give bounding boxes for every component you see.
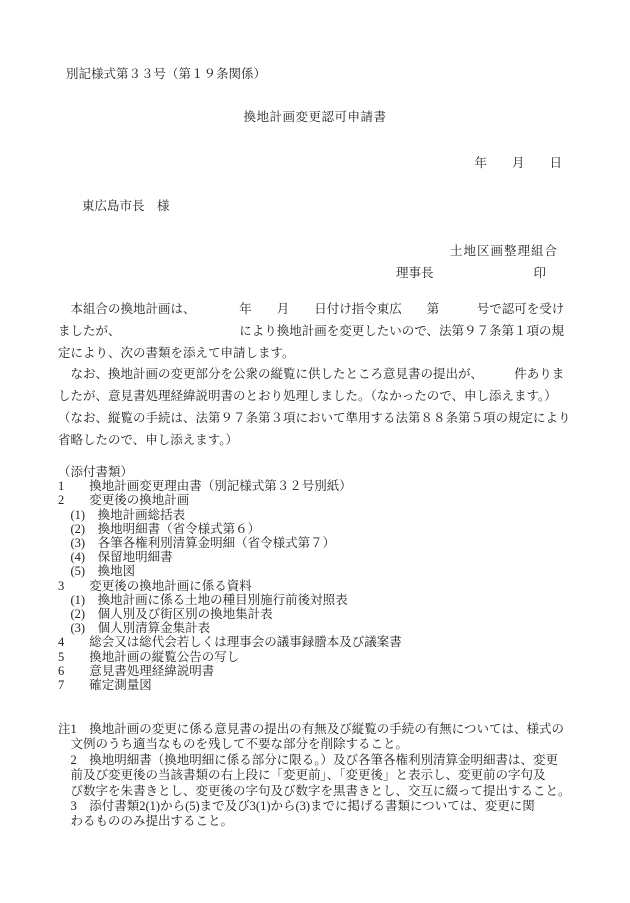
application-body: 本組合の換地計画は、 年 月 日付け指令東広 第 号で認可を受け ましたが、 に…	[58, 299, 598, 452]
attachment-item: 1 換地計画変更理由書（別記様式第３２号別紙）	[58, 479, 598, 493]
body-line: （なお、縦覧の手続は、法第９７条第３項において準用する法第８８条第５項の規定によ…	[58, 408, 598, 430]
document-page: 別記様式第３３号（第１９条関係） 換地計画変更認可申請書 年 月 日 東広島市長…	[0, 0, 630, 903]
notes-section: 注1 換地計画の変更に係る意見書の提出の有無及び縦覧の手続の有無については、様式…	[58, 722, 598, 830]
attachment-item: 6 意見書処理経緯説明書	[58, 664, 598, 678]
note-line: 2 換地明細書（換地明細に係る部分に限る。）及び各筆各権利別清算金明細書は、変更	[58, 753, 598, 768]
body-line: なお、換地計画の変更部分を公衆の縦覧に供したところ意見書の提出が、 件ありま	[58, 364, 598, 386]
attachment-subitem: (4) 保留地明細書	[58, 550, 598, 564]
body-line: 定により、次の書類を添えて申請します。	[58, 343, 598, 365]
body-line: ましたが、 により換地計画を変更したいので、法第９７条第１項の規	[58, 321, 598, 343]
body-line: 省略したので、申し添えます。）	[58, 430, 598, 452]
attachment-subitem: (3) 各筆各権利別清算金明細（省令様式第７）	[58, 536, 598, 550]
note-line: わるもののみ提出すること。	[58, 814, 598, 829]
president-seal-line: 理事長 印	[396, 263, 546, 281]
attachment-item: 7 確定測量図	[58, 678, 598, 692]
attachment-item: 3 変更後の換地計画に係る資料	[58, 579, 598, 593]
attachment-subitem: (5) 換地図	[58, 564, 598, 578]
note-line: び数字を朱書きとし、変更後の字句及び数字を黒書きとし、交互に綴って提出すること。	[58, 784, 598, 799]
attachment-subitem: (1) 換地計画に係る土地の種目別施行前後対照表	[58, 593, 598, 607]
attachments-list: （添付書類） 1 換地計画変更理由書（別記様式第３２号別紙） 2 変更後の換地計…	[58, 465, 598, 692]
note-line: 文例のうち適当なものを残して不要な部分を削除すること。	[58, 737, 598, 752]
body-line: したが、意見書処理経緯説明書のとおり処理しました。（なかったので、申し添えます。…	[58, 386, 598, 408]
attachment-item: 5 換地計画の縦覧公告の写し	[58, 650, 598, 664]
attachment-subitem: (1) 換地計画総括表	[58, 508, 598, 522]
attachment-subitem: (2) 個人別及び街区別の換地集計表	[58, 607, 598, 621]
attachments-heading: （添付書類）	[58, 465, 598, 479]
attachment-subitem: (3) 個人別清算金集計表	[58, 621, 598, 635]
document-title: 換地計画変更認可申請書	[0, 107, 630, 125]
attachment-item: 2 変更後の換地計画	[58, 493, 598, 507]
addressee-line: 東広島市長 様	[82, 196, 170, 214]
note-line: 注1 換地計画の変更に係る意見書の提出の有無及び縦覧の手続の有無については、様式…	[58, 722, 598, 737]
note-line: 前及び変更後の当該書類の右上段に「変更前」、「変更後」と表示し、変更前の字句及	[58, 768, 598, 783]
organization-line: 土地区画整理組合	[450, 241, 558, 259]
body-line: 本組合の換地計画は、 年 月 日付け指令東広 第 号で認可を受け	[58, 299, 598, 321]
date-line: 年 月 日	[474, 153, 562, 171]
attachment-subitem: (2) 換地明細書（省令様式第６）	[58, 522, 598, 536]
attachment-item: 4 総会又は総代会若しくは理事会の議事録謄本及び議案書	[58, 635, 598, 649]
form-number-line: 別記様式第３３号（第１９条関係）	[66, 64, 266, 82]
note-line: 3 添付書類2(1)から(5)まで及び3(1)から(3)までに掲げる書類について…	[58, 799, 598, 814]
